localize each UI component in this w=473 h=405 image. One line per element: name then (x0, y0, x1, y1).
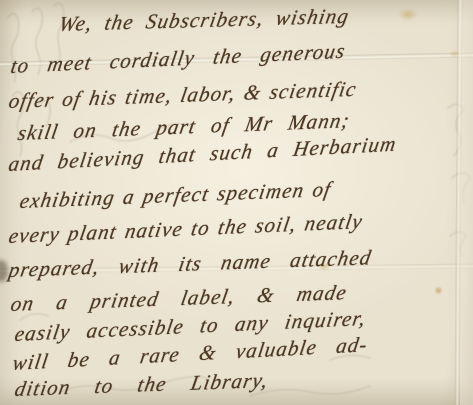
stain-spot (449, 50, 460, 58)
manuscript-page: We, the Subscribers, wishing to meet cor… (0, 0, 473, 405)
stain-spot (398, 8, 418, 21)
stain-spot (434, 286, 443, 295)
